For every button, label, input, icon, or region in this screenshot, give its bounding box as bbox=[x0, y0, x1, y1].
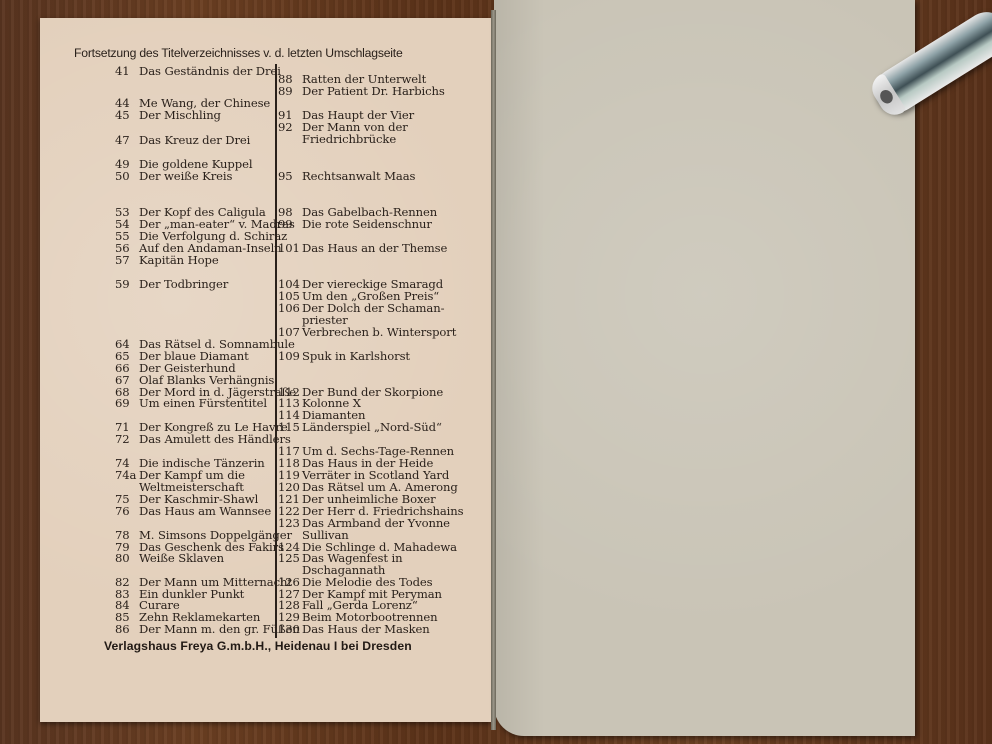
title-number: 76 bbox=[115, 506, 139, 518]
title-entry: 69Um einen Fürstentitel bbox=[115, 398, 267, 410]
right-page-blank bbox=[494, 0, 915, 736]
title-number: 123 bbox=[278, 518, 302, 530]
title-text: Der Todbringer bbox=[139, 277, 228, 291]
title-text: Das Haus am Wannsee bbox=[139, 504, 271, 518]
title-entry: 107Verbrechen b. Wintersport bbox=[278, 327, 456, 339]
title-number: 101 bbox=[278, 243, 302, 255]
title-text: Das Haus an der Themse bbox=[302, 241, 447, 255]
title-number: 92 bbox=[278, 122, 302, 134]
title-number: 95 bbox=[278, 171, 302, 183]
title-text: Der Patient Dr. Harbichs bbox=[302, 84, 445, 98]
title-entry: 72Das Amulett des Händlers bbox=[115, 434, 291, 446]
title-text: Länderspiel „Nord-Süd“ bbox=[302, 420, 442, 434]
title-entry: 80Weiße Sklaven bbox=[115, 553, 224, 565]
title-entry: 101Das Haus an der Themse bbox=[278, 243, 447, 255]
pen-hole bbox=[878, 88, 896, 106]
title-entry: 99Die rote Seidenschnur bbox=[278, 219, 432, 231]
title-text: Friedrichbrücke bbox=[302, 132, 396, 146]
title-number: 115 bbox=[278, 422, 302, 434]
title-text: Der Mann m. den gr. Füßen bbox=[139, 622, 300, 636]
title-number: 72 bbox=[115, 434, 139, 446]
title-number: 57 bbox=[115, 255, 139, 267]
title-text: Rechtsanwalt Maas bbox=[302, 169, 415, 183]
title-number: 47 bbox=[115, 135, 139, 147]
title-number: 130 bbox=[278, 624, 302, 636]
title-number: 41 bbox=[115, 66, 139, 78]
title-number: 99 bbox=[278, 219, 302, 231]
booklet-spine bbox=[491, 10, 496, 730]
title-text: Der weiße Kreis bbox=[139, 169, 232, 183]
title-text: Verbrechen b. Wintersport bbox=[302, 325, 456, 339]
title-entry: 130Das Haus der Masken bbox=[278, 624, 430, 636]
title-entry: 109Spuk in Karlshorst bbox=[278, 351, 410, 363]
title-entry: 76Das Haus am Wannsee bbox=[115, 506, 271, 518]
title-number: 59 bbox=[115, 279, 139, 291]
title-text: Weiße Sklaven bbox=[139, 551, 224, 565]
title-entry: 41Das Geständnis der Drei bbox=[115, 66, 281, 78]
title-number: 45 bbox=[115, 110, 139, 122]
title-number: 80 bbox=[115, 553, 139, 565]
title-text: Das Kreuz der Drei bbox=[139, 133, 250, 147]
title-number: 107 bbox=[278, 327, 302, 339]
title-text: Die rote Seidenschnur bbox=[302, 217, 432, 231]
title-number: 50 bbox=[115, 171, 139, 183]
title-text: Der Mischling bbox=[139, 108, 221, 122]
title-entry: 59Der Todbringer bbox=[115, 279, 228, 291]
publisher-footer: Verlagshaus Freya G.m.b.H., Heidenau I b… bbox=[104, 639, 412, 653]
page-header: Fortsetzung des Titelverzeichnisses v. d… bbox=[74, 46, 403, 60]
title-entry: 47Das Kreuz der Drei bbox=[115, 135, 250, 147]
title-entry: 89Der Patient Dr. Harbichs bbox=[278, 86, 445, 98]
title-number: 74a bbox=[115, 470, 139, 482]
title-text: Das Geständnis der Drei bbox=[139, 64, 281, 78]
title-entry: 86Der Mann m. den gr. Füßen bbox=[115, 624, 300, 636]
title-text: Kapitän Hope bbox=[139, 253, 219, 267]
title-number: 69 bbox=[115, 398, 139, 410]
title-text: Das Amulett des Händlers bbox=[139, 432, 291, 446]
title-text: Das Haus der Masken bbox=[302, 622, 430, 636]
title-number: 106 bbox=[278, 303, 302, 315]
title-entry: Friedrichbrücke bbox=[278, 134, 396, 146]
title-entry: 115Länderspiel „Nord-Süd“ bbox=[278, 422, 442, 434]
title-number: 109 bbox=[278, 351, 302, 363]
title-text: Um einen Fürstentitel bbox=[139, 396, 267, 410]
title-text: Spuk in Karlshorst bbox=[302, 349, 410, 363]
title-entry: 50Der weiße Kreis bbox=[115, 171, 232, 183]
title-entry: 45Der Mischling bbox=[115, 110, 221, 122]
title-entry: 95Rechtsanwalt Maas bbox=[278, 171, 415, 183]
title-entry: 57Kapitän Hope bbox=[115, 255, 219, 267]
title-number: 125 bbox=[278, 553, 302, 565]
title-number: 89 bbox=[278, 86, 302, 98]
title-number: 86 bbox=[115, 624, 139, 636]
